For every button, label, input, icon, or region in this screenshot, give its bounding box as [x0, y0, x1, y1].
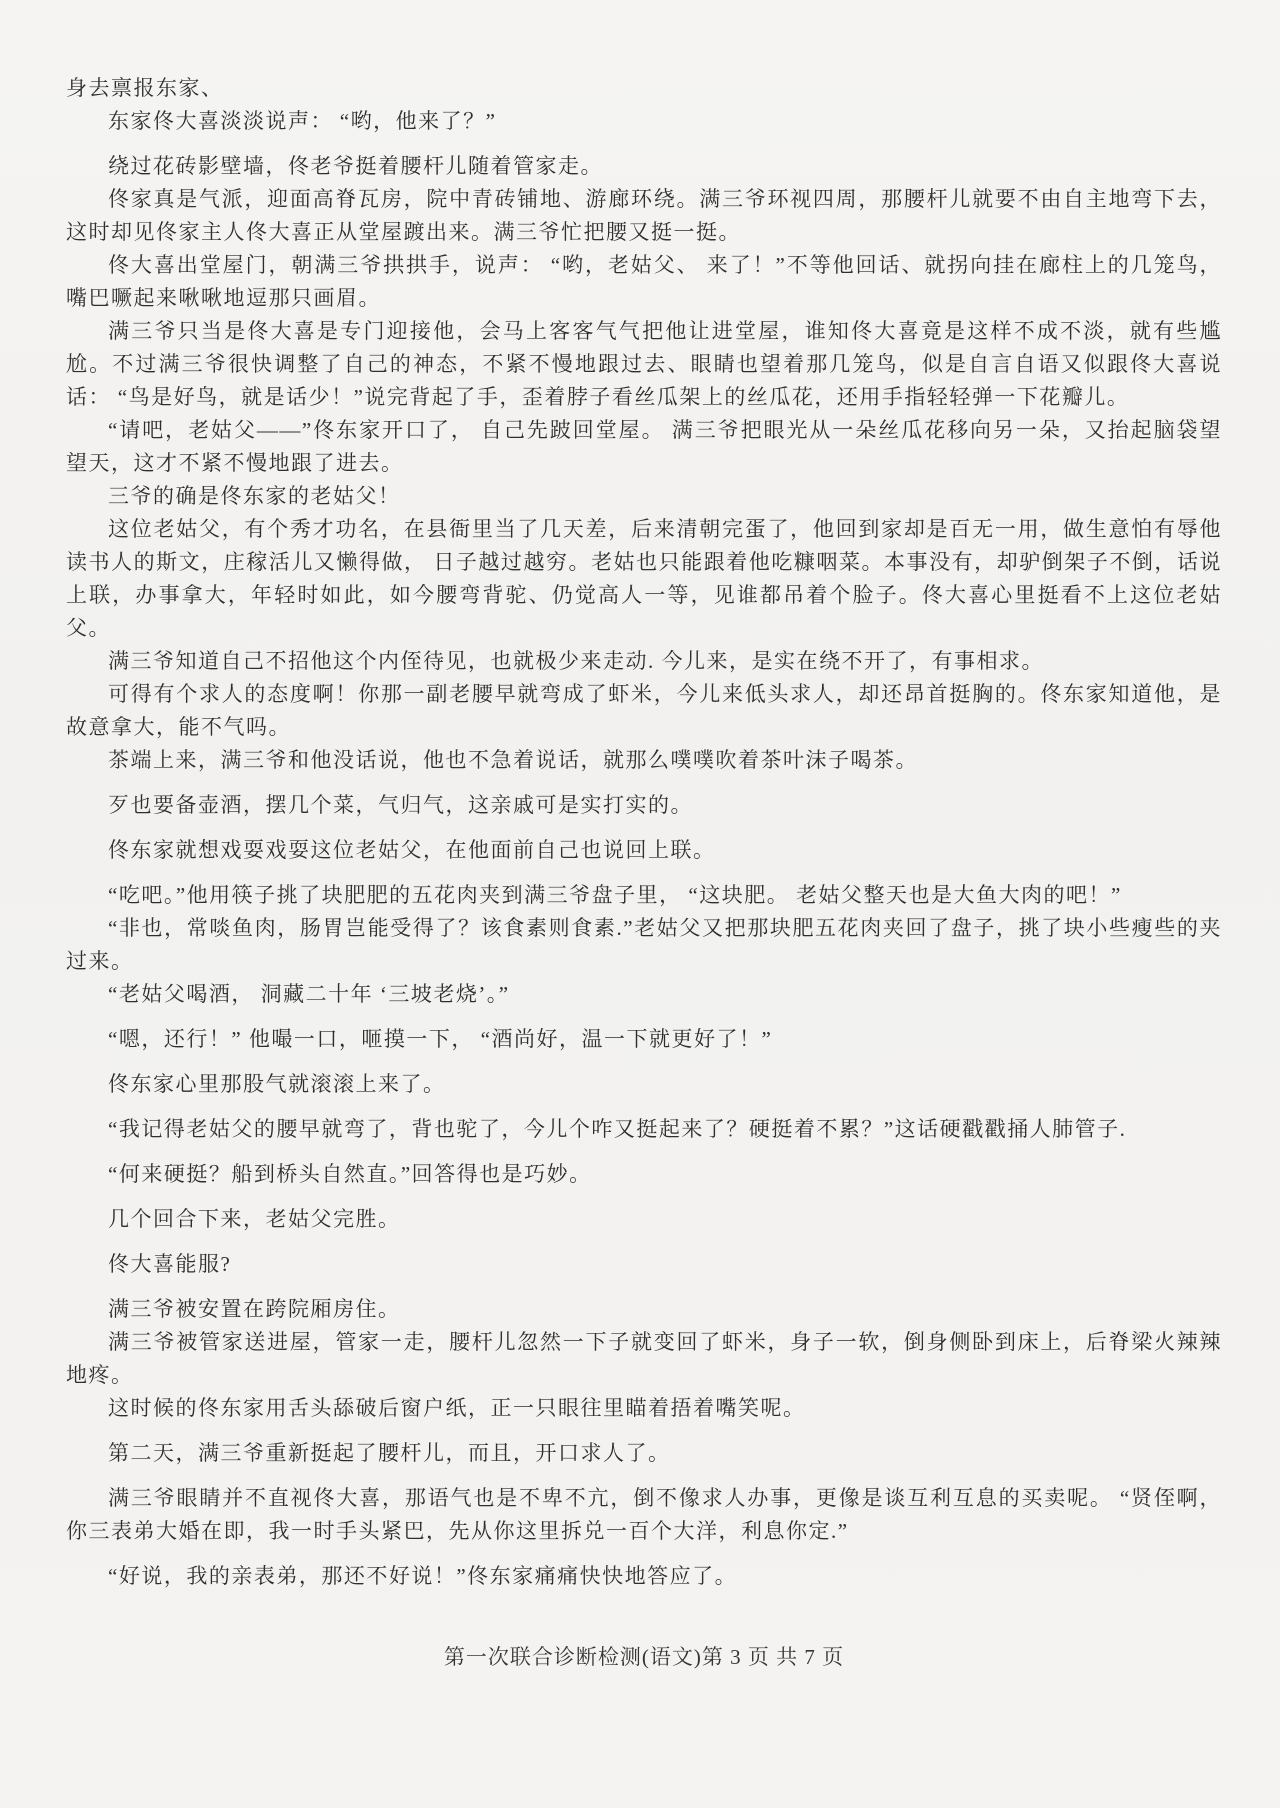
page-footer: 第一次联合诊断检测(语文)第 3 页 共 7 页	[66, 1641, 1222, 1671]
paragraph: 佟家真是气派，迎面高脊瓦房，院中青砖铺地、游廊环绕。满三爷环视四周，那腰杆儿就要…	[66, 183, 1222, 249]
paragraph: 满三爷知道自己不招他这个内侄待见，也就极少来走动. 今儿来，是实在绕不开了，有事…	[66, 645, 1222, 678]
paragraph: “嗯，还行！” 他嘬一口，咂摸一下， “酒尚好，温一下就更好了！”	[66, 1023, 1222, 1056]
paragraph: 茶端上来，满三爷和他没话说，他也不急着说话，就那么噗噗吹着茶叶沫子喝茶。	[66, 744, 1222, 777]
paragraph: 满三爷只当是佟大喜是专门迎接他，会马上客客气气把他让进堂屋，谁知佟大喜竟是这样不…	[66, 315, 1222, 414]
paragraph: 佟东家心里那股气就滚滚上来了。	[66, 1068, 1222, 1101]
paragraph: 满三爷眼睛并不直视佟大喜，那语气也是不卑不亢，倒不像求人办事，更像是谈互利互息的…	[66, 1482, 1222, 1548]
paragraph: 身去禀报东家、	[66, 72, 1222, 105]
document-body: 身去禀报东家、东家佟大喜淡淡说声： “哟，他来了？”绕过花砖影壁墙，佟老爷挺着腰…	[66, 72, 1222, 1671]
paragraph: 绕过花砖影壁墙，佟老爷挺着腰杆儿随着管家走。	[66, 150, 1222, 183]
paragraph: 可得有个求人的态度啊！你那一副老腰早就弯成了虾米，今儿来低头求人，却还昂首挺胸的…	[66, 678, 1222, 744]
paragraph: 这时候的佟东家用舌头舔破后窗户纸，正一只眼往里瞄着捂着嘴笑呢。	[66, 1392, 1222, 1425]
paragraph: “我记得老姑父的腰早就弯了，背也驼了，今儿个咋又挺起来了？硬挺着不累？”这话硬戳…	[66, 1113, 1222, 1146]
paragraph: “吃吧。”他用筷子挑了块肥肥的五花肉夹到满三爷盘子里， “这块肥。 老姑父整天也…	[66, 879, 1222, 912]
paragraph: “请吧，老姑父——”佟东家开口了， 自己先跛回堂屋。 满三爷把眼光从一朵丝瓜花移…	[66, 414, 1222, 480]
paragraph: 佟大喜能服?	[66, 1248, 1222, 1281]
paragraph: 东家佟大喜淡淡说声： “哟，他来了？”	[66, 105, 1222, 138]
paragraph: “好说，我的亲表弟，那还不好说！”佟东家痛痛快快地答应了。	[66, 1560, 1222, 1593]
paragraph: “何来硬挺？船到桥头自然直。”回答得也是巧妙。	[66, 1158, 1222, 1191]
paragraph: “非也，常啖鱼肉，肠胃岂能受得了？该食素则食素.”老姑父又把那块肥五花肉夹回了盘…	[66, 912, 1222, 978]
paragraph: 这位老姑父，有个秀才功名，在县衙里当了几天差，后来清朝完蛋了，他回到家却是百无一…	[66, 513, 1222, 645]
paragraph: 满三爷被管家送进屋，管家一走，腰杆儿忽然一下子就变回了虾米，身子一软，倒身侧卧到…	[66, 1326, 1222, 1392]
paragraph: “老姑父喝酒， 洞藏二十年 ‘三坡老烧’。”	[66, 978, 1222, 1011]
paragraph: 第二天，满三爷重新挺起了腰杆儿，而且，开口求人了。	[66, 1437, 1222, 1470]
paragraph: 几个回合下来，老姑父完胜。	[66, 1203, 1222, 1236]
paragraph: 满三爷被安置在跨院厢房住。	[66, 1293, 1222, 1326]
exam-page: 身去禀报东家、东家佟大喜淡淡说声： “哟，他来了？”绕过花砖影壁墙，佟老爷挺着腰…	[0, 0, 1280, 1808]
paragraph: 歹也要备壶酒，摆几个菜，气归气，这亲戚可是实打实的。	[66, 789, 1222, 822]
paragraph: 三爷的确是佟东家的老姑父！	[66, 480, 1222, 513]
paragraph: 佟东家就想戏耍戏耍这位老姑父，在他面前自己也说回上联。	[66, 834, 1222, 867]
paragraph: 佟大喜出堂屋门，朝满三爷拱拱手，说声： “哟，老姑父、 来了！”不等他回话、就拐…	[66, 249, 1222, 315]
